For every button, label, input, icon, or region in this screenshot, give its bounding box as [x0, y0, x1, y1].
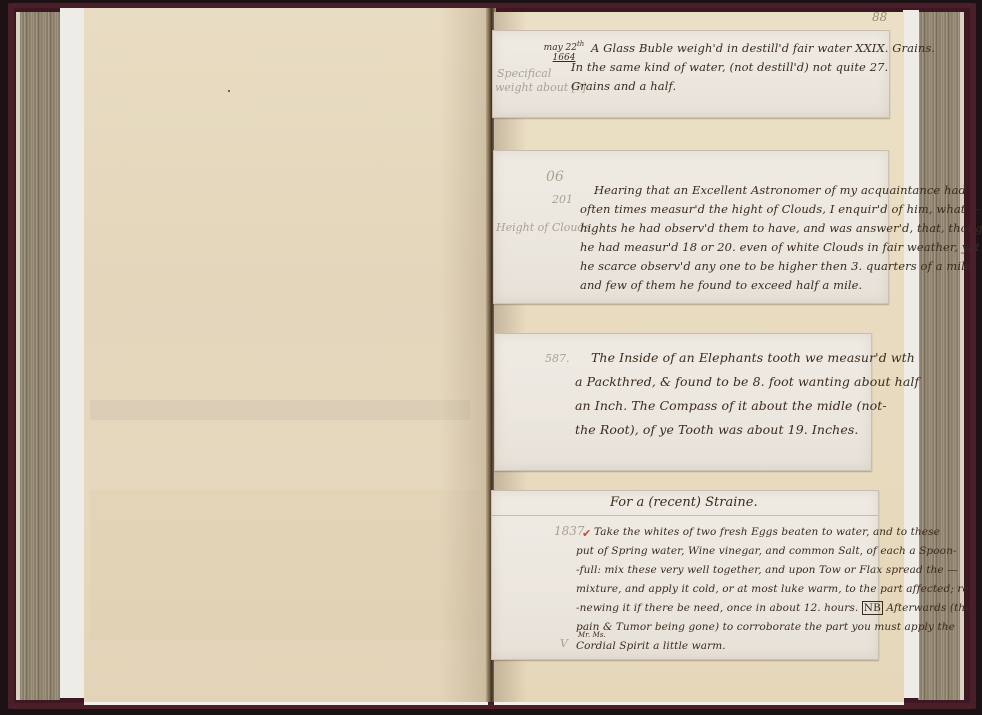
slip-elephant-tooth: 587. The Inside of an Elephants tooth we…	[494, 333, 872, 471]
recipe-title: For a (recent) Straine.	[610, 495, 758, 510]
slip-line: he scarce observ'd any one to be higher …	[580, 257, 976, 276]
date-suffix: th	[577, 40, 584, 48]
folio-number: 88	[872, 10, 887, 24]
nota-bene-box: NB	[862, 601, 883, 615]
slip-line: mixture, and apply it cold, or at most l…	[576, 580, 972, 599]
left-page-offset-block	[90, 490, 480, 640]
slip-line: Take the whites of two fresh Eggs beaten…	[594, 523, 940, 542]
pencil-margin-note: 201	[552, 193, 573, 206]
left-page-edges	[20, 12, 60, 700]
pencil-margin-note: 06	[546, 171, 564, 184]
slip-line: hights he had observ'd them to have, and…	[580, 219, 982, 238]
slip-line: an Inch. The Compass of it about the mid…	[575, 394, 887, 418]
slip-strain-remedy: For a (recent) Straine. 1837 ✔ Take the …	[491, 490, 879, 660]
pencil-margin-note: 587.	[545, 352, 570, 365]
pencil-margin-mark: V	[560, 637, 568, 650]
left-flyleaf	[60, 8, 86, 698]
slip-line-part: -newing it if there be need, once in abo…	[576, 602, 858, 614]
slip-line: put of Spring water, Wine vinegar, and c…	[576, 542, 957, 561]
slip-line: he had measur'd 18 or 20. even of white …	[580, 238, 980, 257]
slip-line: -full: mix these very well together, and…	[576, 561, 958, 580]
slip-line: -newing it if there be need, once in abo…	[576, 599, 972, 618]
slip-line: The Inside of an Elephants tooth we meas…	[591, 346, 915, 370]
slip-line: the Root), of ye Tooth was about 19. Inc…	[575, 418, 858, 442]
slip-line: pain & Tumor being gone) to corroborate …	[576, 618, 955, 637]
slip-line: Hearing that an Excellent Astronomer of …	[594, 181, 966, 200]
slip-line: often times measur'd the hight of Clouds…	[580, 200, 981, 219]
slip-fold-line	[492, 515, 878, 516]
date-day: may 22	[544, 43, 577, 53]
slip-clouds: 06 201 Height of Clouds. Hearing that an…	[493, 150, 889, 304]
slip-line-part: Afterwards (the	[886, 602, 971, 614]
slip-line: In the same kind of water, (not destill'…	[571, 58, 888, 77]
slip-line: and few of them he found to exceed half …	[580, 276, 862, 295]
slip-line: a Packthred, & found to be 8. foot wanti…	[575, 370, 919, 394]
slip-line: Cordial Spirit a little warm.	[576, 637, 726, 656]
slip-line: Grains and a half.	[571, 77, 676, 96]
left-page-ink-speck	[228, 90, 230, 92]
slip-line: A Glass Buble weigh'd in destill'd fair …	[591, 39, 935, 58]
slip-glass-bubble: Specifical weight about [?] may 22th 166…	[492, 30, 890, 118]
pencil-margin-note: Specifical	[497, 67, 551, 80]
pencil-margin-note: 1837	[554, 525, 585, 538]
left-page-offset-stain	[90, 400, 470, 420]
red-check-mark: ✔	[582, 527, 591, 540]
